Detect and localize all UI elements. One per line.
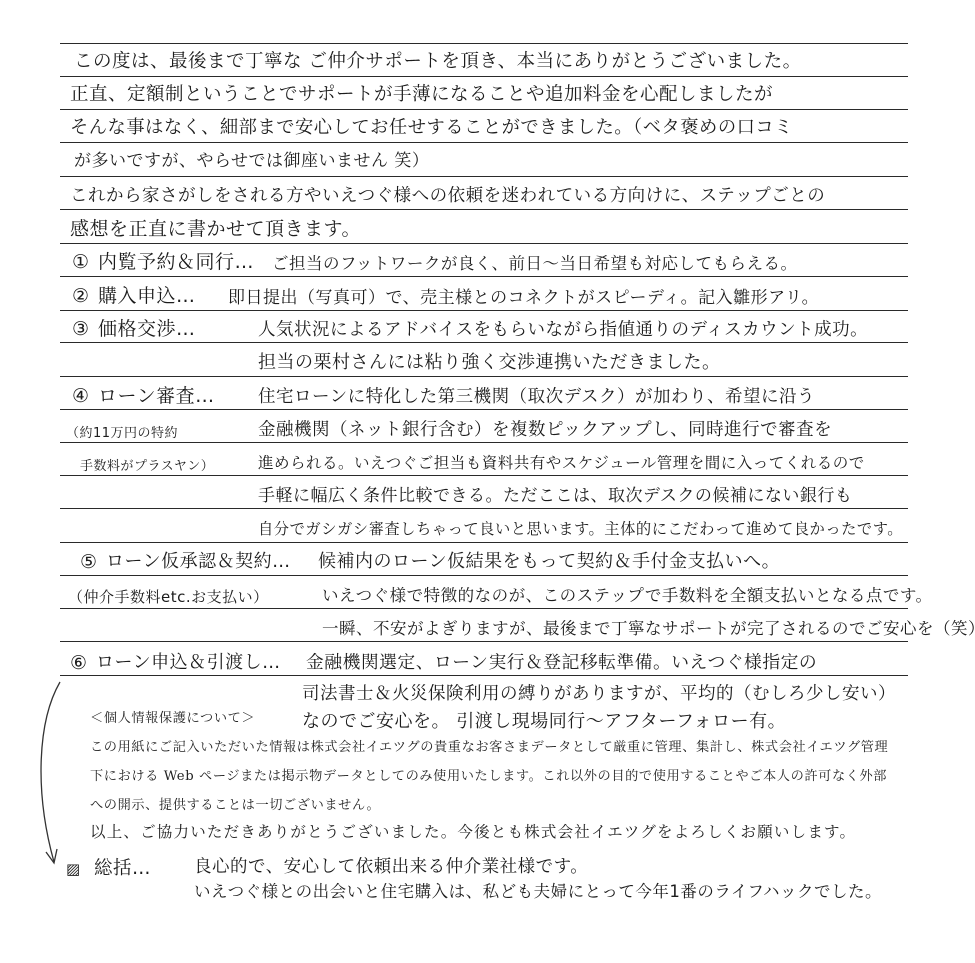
hatched-box-icon: ▨ xyxy=(66,857,81,881)
rule-line xyxy=(60,542,908,543)
rule-line xyxy=(60,76,908,77)
intro-line: この度は、最後まで丁寧な ご仲介サポートを頂き、本当にありがとうございました。 xyxy=(74,50,802,74)
step-title: ローン申込＆引渡し… xyxy=(96,651,281,675)
step-line: 人気状況によるアドバイスをもらいながら指値通りのディスカウント成功。 xyxy=(258,318,868,342)
summary-line: いえつぐ様との出会いと住宅購入は、私ども夫婦にとって今年1番のライフハックでした… xyxy=(194,880,882,904)
step-title: ローン仮承認＆契約… xyxy=(106,550,291,574)
step-line: 司法書士＆火災保険利用の縛りがありますが、平均的（むしろ少し安い） xyxy=(302,682,896,706)
intro-line: そんな事はなく、細部まで安心してお任せすることができました。（ベタ褒めの口コミ xyxy=(70,116,793,140)
rule-line xyxy=(60,209,908,210)
step-number: ① xyxy=(72,250,90,274)
rule-line xyxy=(60,376,908,377)
privacy-line: 下における Web ページまたは掲示物データとしてのみ使用いたします。これ以外の… xyxy=(90,768,887,786)
rule-line xyxy=(60,310,908,311)
step-line: 候補内のローン仮結果をもって契約＆手付金支払いへ。 xyxy=(318,550,780,574)
step-line: 進められる。いえつぐご担当も資料共有やスケジュール管理を間に入ってくれるので xyxy=(258,451,865,475)
curved-arrow-icon xyxy=(30,680,70,870)
step-line: 金融機関選定、ローン実行＆登記移転準備。いえつぐ様指定の xyxy=(306,651,817,675)
intro-line: これから家さがしをされる方やいえつぐ様への依頼を迷われている方向けに、ステップご… xyxy=(70,184,825,208)
step-line: なのでご安心を。 引渡し現場同行〜アフターフォロー有。 xyxy=(302,710,786,734)
step-title: 内覧予約＆同行… xyxy=(98,250,254,274)
step-title: ローン審査… xyxy=(98,384,215,408)
rule-line xyxy=(60,176,908,177)
privacy-heading: ＜個人情報保護について＞ xyxy=(90,710,255,728)
step-line: 即日提出（写真可）で、売主様とのコネクトがスピーディ。記入雛形アリ。 xyxy=(228,286,819,310)
rule-line xyxy=(60,43,908,44)
step-number: ② xyxy=(72,284,90,308)
rule-line xyxy=(60,508,908,509)
rule-line xyxy=(60,409,908,410)
privacy-closing: 以上、ご協力いただきありがとうございました。今後とも株式会社イエツグをよろしくお… xyxy=(90,823,856,841)
step-title: 購入申込… xyxy=(98,284,196,308)
step-side-note: （約11万円の特約 xyxy=(66,422,178,446)
step-title: 価格交渉… xyxy=(98,317,196,341)
summary-title: 総括… xyxy=(94,857,151,881)
step-line: 手軽に幅広く条件比較できる。ただここは、取次デスクの候補にない銀行も xyxy=(258,484,852,508)
rule-line xyxy=(60,342,908,343)
step-number: ⑤ xyxy=(80,550,98,574)
step-line: 金融機関（ネット銀行含む）を複数ピックアップし、同時進行で審査を xyxy=(258,418,832,442)
rule-line xyxy=(60,109,908,110)
step-line: ご担当のフットワークが良く、前日〜当日希望も対応してもらえる。 xyxy=(272,252,798,276)
step-side-note: （仲介手数料etc.お支払い） xyxy=(68,585,269,609)
rule-line xyxy=(60,276,908,277)
step-number: ③ xyxy=(72,317,90,341)
step-number: ④ xyxy=(72,384,90,408)
rule-line xyxy=(60,675,908,676)
step-line: 一瞬、不安がよぎりますが、最後まで丁寧なサポートが完了されるのでご安心を（笑） xyxy=(322,617,975,641)
step-line: 担当の栗村さんには粘り強く交渉連携いただきました。 xyxy=(258,351,721,375)
step-line: いえつぐ様で特徴的なのが、このステップで手数料を全額支払いとなる点です。 xyxy=(322,584,933,608)
intro-line: 正直、定額制ということでサポートが手薄になることや追加料金を心配しましたが xyxy=(70,83,773,107)
step-line: 自分でガシガシ審査しちゃって良いと思います。主体的にこだわって進めて良かったです… xyxy=(258,517,903,541)
rule-line xyxy=(60,442,908,443)
summary-line: 良心的で、安心して依頼出来る仲介業社様です。 xyxy=(194,855,588,879)
step-line: 住宅ローンに特化した第三機関（取次デスク）が加わり、希望に沿う xyxy=(258,385,815,409)
rule-line xyxy=(60,641,908,642)
rule-line xyxy=(60,243,908,244)
intro-line: が多いですが、やらせでは御座いません 笑） xyxy=(74,149,429,173)
step-side-note: 手数料がプラスヤン） xyxy=(80,455,214,479)
privacy-line: この用紙にご記入いただいた情報は株式会社イエツグの貴重なお客さまデータとして厳重… xyxy=(90,739,888,757)
intro-line: 感想を正直に書かせて頂きます。 xyxy=(70,217,361,241)
review-sheet: この度は、最後まで丁寧な ご仲介サポートを頂き、本当にありがとうございました。 … xyxy=(0,0,975,963)
rule-line xyxy=(60,575,908,576)
privacy-line: への開示、提供することは一切ございません。 xyxy=(90,797,380,815)
rule-line xyxy=(60,142,908,143)
step-number: ⑥ xyxy=(70,651,88,675)
